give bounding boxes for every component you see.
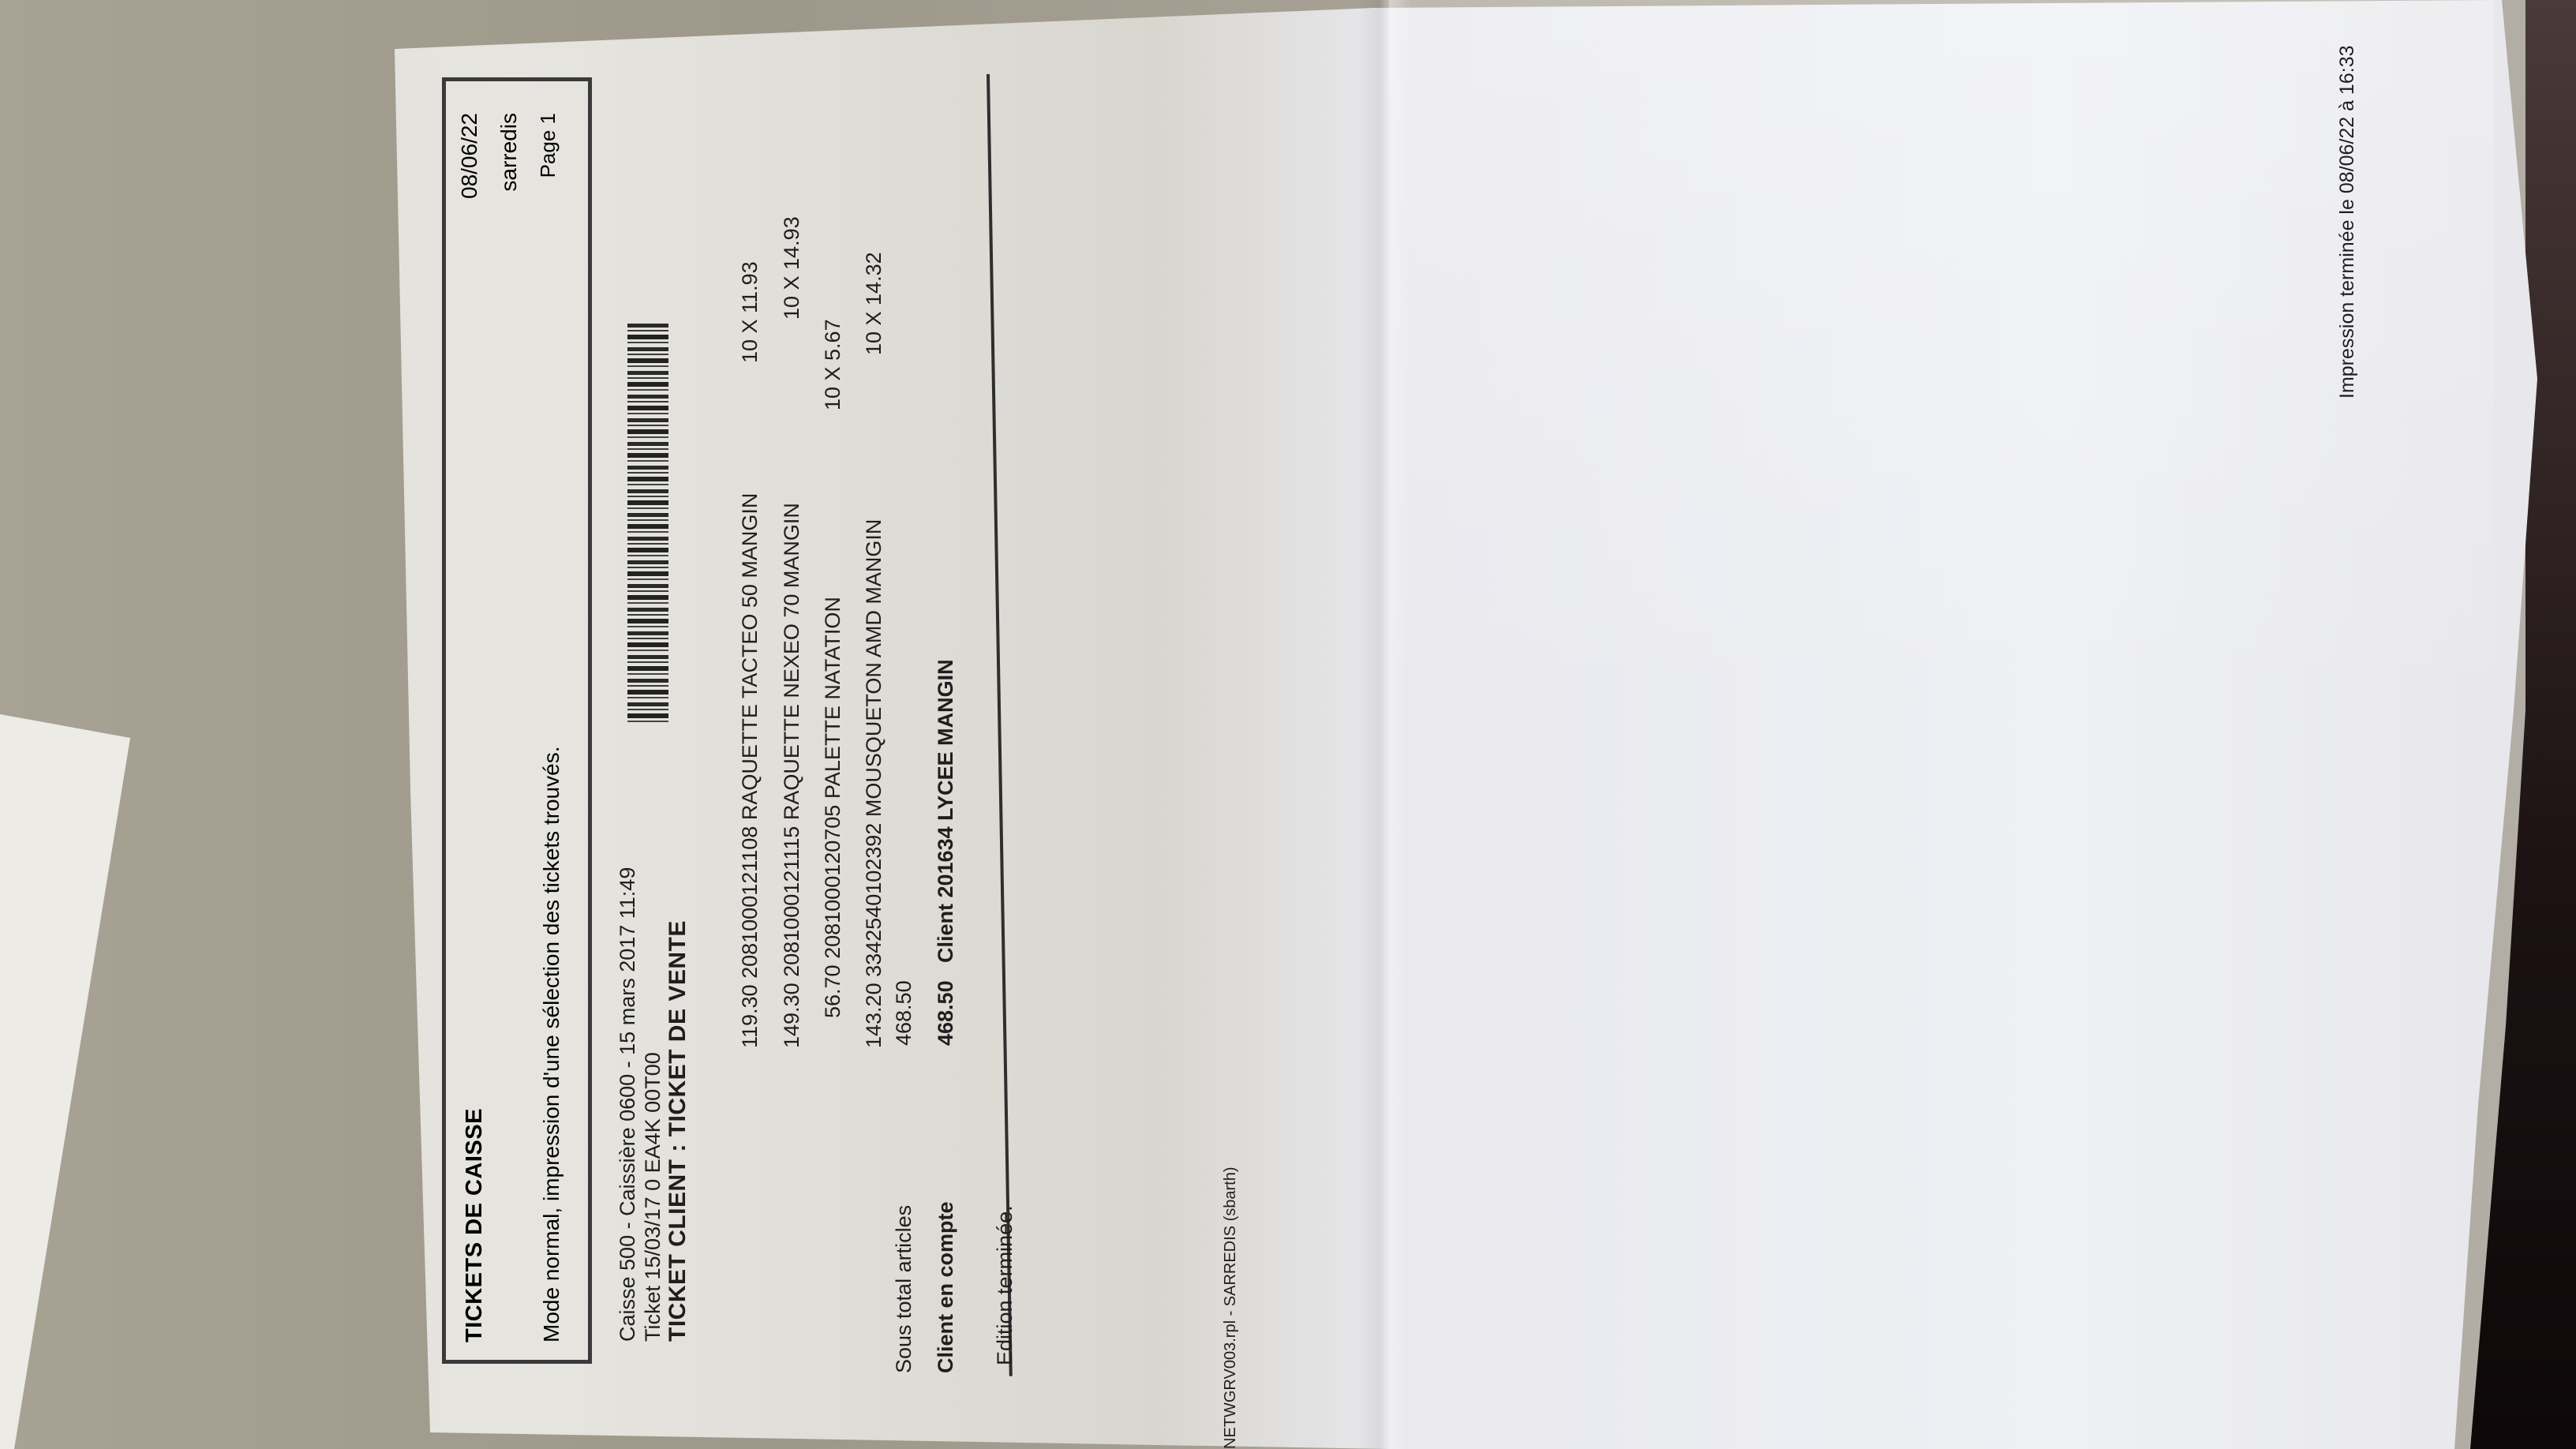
item-row: 143.20 3342540102392 MOUSQUETON AMD MANG… <box>862 519 886 1048</box>
item-code: 2081000120705 <box>821 805 844 959</box>
client-label: Client en compte <box>934 1201 958 1373</box>
item-qty-price: 10 X 5.67 <box>821 319 845 410</box>
print-mode: Mode normal, impression d'une sélection … <box>539 747 564 1342</box>
print-done: Impression terminée le 08/06/22 à 16:33 <box>2336 46 2359 399</box>
ticket-type: TICKET CLIENT : TICKET DE VENTE <box>665 920 691 1342</box>
item-label: MOUSQUETON AMD MANGIN <box>862 519 885 818</box>
footer-file: NETWGRV003.rpl - SARREDIS (sbarth) <box>1222 1167 1240 1449</box>
subtotal-label: Sous total articles <box>892 1205 916 1373</box>
item-label: RAQUETTE NEXEO 70 MANGIN <box>780 503 803 820</box>
item-qty-price: 10 X 14.32 <box>862 252 886 355</box>
barcode <box>627 324 668 726</box>
report-title: TICKETS DE CAISSE <box>462 1108 488 1342</box>
ticket-line: Ticket 15/03/17 0 EA4K 00T00 <box>641 1052 665 1342</box>
item-row: 119.30 2081000121108 RAQUETTE TACTEO 50 … <box>738 493 762 1048</box>
page-number: Page 1 <box>536 113 560 178</box>
print-date: 08/06/22 <box>457 113 482 199</box>
item-code: 2081000121108 <box>738 826 762 979</box>
item-label: PALETTE NATATION <box>821 597 844 799</box>
item-row: 149.30 2081000121115 RAQUETTE NEXEO 70 M… <box>780 503 804 1048</box>
item-code: 2081000121115 <box>780 826 803 977</box>
item-qty-price: 10 X 11.93 <box>738 261 762 363</box>
item-amount: 56.70 <box>821 964 844 1018</box>
client-value: 468.50 <box>934 980 958 1046</box>
user-name: sarredis <box>496 113 522 192</box>
item-amount: 143.20 <box>862 983 885 1048</box>
edition-done: Edition terminée. <box>993 1205 1017 1365</box>
client-detail: Client 201634 LYCEE MANGIN <box>934 659 958 963</box>
item-qty-price: 10 X 14.93 <box>780 216 804 320</box>
paper-light <box>1389 0 2494 734</box>
item-row: 56.70 2081000120705 PALETTE NATATION <box>821 597 845 1018</box>
item-label: RAQUETTE TACTEO 50 MANGIN <box>738 493 762 821</box>
header-box: TICKETS DE CAISSE Mode normal, impressio… <box>442 77 592 1364</box>
item-code: 3342540102392 <box>862 823 885 977</box>
item-amount: 149.30 <box>780 983 803 1048</box>
subtotal-value: 468.50 <box>892 980 916 1046</box>
caisse-line: Caisse 500 - Caissière 0600 - 15 mars 20… <box>616 867 640 1342</box>
item-amount: 119.30 <box>738 984 762 1048</box>
